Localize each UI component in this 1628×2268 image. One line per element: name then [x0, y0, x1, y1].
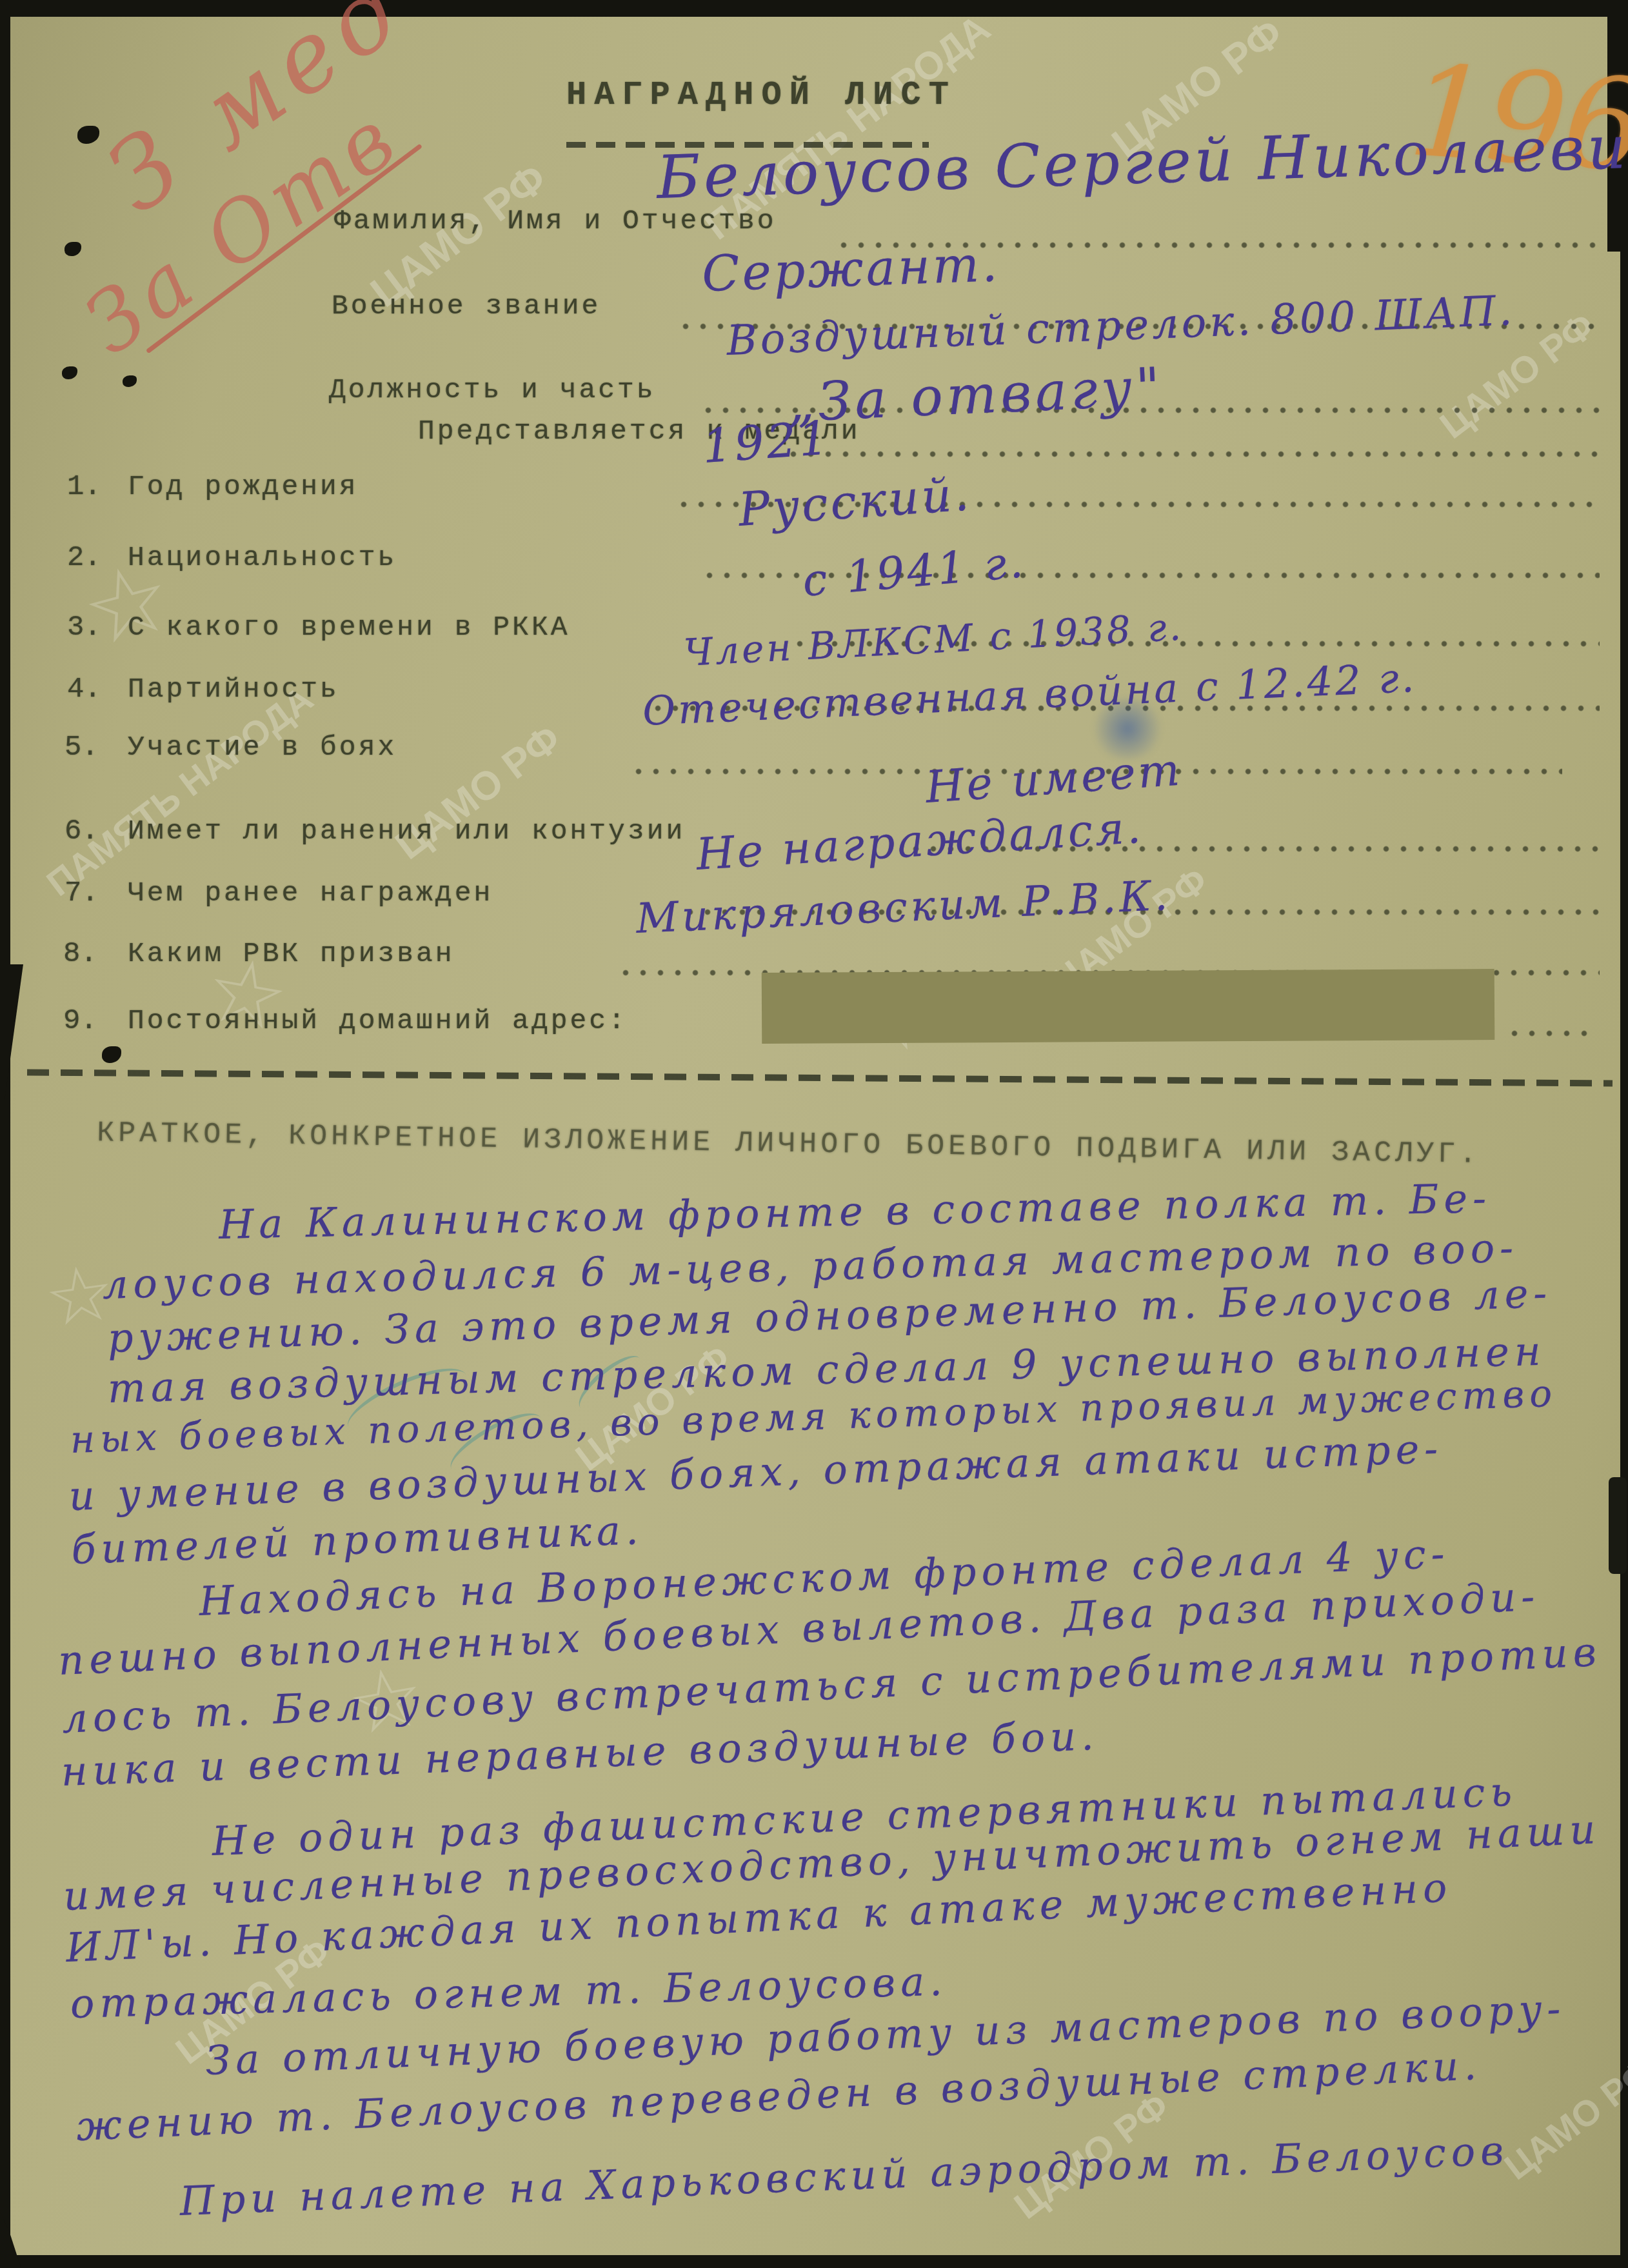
label-party-status: Партийность — [128, 673, 339, 705]
redaction-block — [762, 969, 1495, 1044]
award-sheet-document: ЦАМО РФ ПАМЯТЬ НАРОДА ЦАМО РФ ЦАМО РФ ЦА… — [0, 0, 1628, 2268]
ink-mark — [102, 1046, 121, 1063]
value-position-unit: Воздушный стрелок. 800 ШАП. — [726, 287, 1516, 365]
item-number: 9. — [63, 1005, 97, 1037]
value-wounds: Не имеет — [924, 744, 1184, 813]
citation-line: При налете на Харьковский аэродром т. Бе… — [179, 2127, 1509, 2225]
label-rkka-since: С какого времени в РККА — [128, 612, 570, 643]
dotted-leader — [1509, 1028, 1596, 1039]
value-party-status: Член ВЛКСМ с 1938 г. — [682, 605, 1184, 675]
item-number: 4. — [67, 673, 101, 706]
value-previous-awards: Не награждался. — [695, 802, 1144, 880]
item-number: 7. — [65, 877, 99, 910]
value-rkka-since: с 1941 г. — [800, 537, 1027, 607]
label-military-rank: Военное звание — [332, 290, 601, 322]
value-birth-year: 1921 — [700, 410, 833, 473]
item-number: 1. — [67, 471, 101, 503]
item-number: 2. — [67, 542, 101, 574]
value-military-rank: Сержант. — [701, 235, 1001, 303]
document-title: НАГРАДНОЙ ЛИСТ — [566, 76, 957, 114]
paper-speck — [123, 375, 137, 387]
label-nationality: Национальность — [128, 542, 397, 573]
value-nationality: Русский. — [737, 466, 973, 537]
item-number: 3. — [67, 612, 101, 644]
project-watermark: ПАМЯТЬ НАРОДА — [39, 677, 321, 904]
label-birth-year: Год рождения — [128, 471, 359, 502]
section-divider — [27, 1069, 1613, 1086]
archive-watermark: ЦАМО РФ — [1496, 2049, 1628, 2188]
label-home-address: Постоянный домашний адрес: — [128, 1005, 628, 1037]
paper-speck — [65, 242, 81, 256]
value-recommended-medal: „За отвагу" — [786, 357, 1166, 434]
item-number: 5. — [65, 731, 99, 764]
item-number: 8. — [63, 938, 97, 970]
scan-edge-left-wedge — [0, 964, 23, 1100]
dotted-leader — [788, 449, 1600, 460]
item-number: 6. — [65, 815, 99, 848]
section-heading: КРАТКОЕ, КОНКРЕТНОЕ ИЗЛОЖЕНИЕ ЛИЧНОГО БО… — [97, 1117, 1481, 1171]
label-wounds: Имеет ли ранения или контузии — [128, 815, 685, 847]
label-position-unit: Должность и часть — [329, 374, 656, 406]
ink-blot-right-edge — [1609, 1477, 1627, 1574]
label-combat-participation: Участие в боях — [128, 731, 397, 763]
label-drafted-by: Каким РВК призван — [128, 938, 455, 970]
scan-edge-right — [1620, 0, 1628, 2268]
paper-speck — [62, 366, 77, 379]
scan-edge-left — [0, 0, 10, 2268]
scan-edge-top — [0, 0, 1628, 17]
label-previous-awards: Чем ранее награжден — [128, 877, 493, 909]
scan-edge-bottom — [0, 2255, 1628, 2268]
